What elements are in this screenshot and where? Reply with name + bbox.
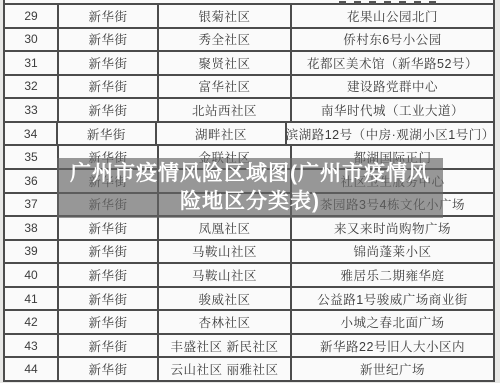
street-cell: 新华街: [59, 241, 159, 263]
table-row: 41 新华街 骏威社区 公益路1号骏威广场商业街: [5, 288, 493, 312]
row-number-cell: 31: [5, 52, 59, 74]
table-row-clipped: [5, 0, 493, 5]
street-cell: 新华街: [59, 217, 159, 239]
page: 29 新华街 银菊社区 花果山公园北门 30 新华街 秀全社区 侨村东6号小公园…: [0, 0, 500, 383]
street-cell: 新华街: [59, 358, 159, 380]
street-cell: 新华街: [59, 288, 159, 310]
location-cell: 锦尚蓬莱小区: [292, 241, 493, 263]
street-cell: 新华街: [59, 335, 159, 357]
location-cell: 新世纪广场: [292, 358, 493, 380]
location-cell: 建设路党群中心: [292, 76, 493, 98]
table-row: 42 新华街 杏林社区 小城之春北面广场: [5, 311, 493, 335]
community-cell: 云山社区 丽雅社区: [159, 358, 292, 380]
street-cell: 新华街: [59, 76, 159, 98]
table-row: 38 新华街 凤凰社区 来又来时尚购物广场: [5, 217, 493, 241]
street-cell: 新华街: [59, 29, 159, 51]
row-number-cell: 36: [5, 170, 59, 192]
location-cell: 雅居乐二期雍华庭: [292, 264, 493, 286]
table-row: 43 新华街 丰盛社区 新民社区 新华路22号旧人大小区内: [5, 335, 493, 359]
row-number-cell: 33: [5, 99, 59, 121]
location-cell: 公益路1号骏威广场商业街: [292, 288, 493, 310]
table-row: 29 新华街 银菊社区 花果山公园北门: [5, 5, 493, 29]
location-cell: 花果山公园北门: [292, 5, 493, 27]
community-cell: 凤凰社区: [159, 217, 292, 239]
community-cell: 骏威社区: [159, 288, 292, 310]
row-number-cell: 44: [5, 358, 59, 380]
location-cell: 侨村东6号小公园: [292, 29, 493, 51]
location-cell: 小城之春北面广场: [292, 311, 493, 333]
community-cell: 马鞍山社区: [159, 241, 292, 263]
community-cell: 北站西社区: [159, 99, 292, 121]
row-number-cell: 41: [5, 288, 59, 310]
community-cell: 聚贤社区: [159, 52, 292, 74]
row-number-cell: 29: [5, 5, 59, 27]
row-number-cell: 37: [5, 194, 59, 216]
clipped-text-fragment: [339, 1, 441, 4]
table-row: 33 新华街 北站西社区 南华时代城（工业大道）: [5, 99, 493, 123]
street-cell: 新华街: [58, 123, 156, 145]
community-cell: 湖畔社区: [157, 123, 288, 145]
table-row: 40 新华街 马鞍山社区 雅居乐二期雍华庭: [5, 264, 493, 288]
table-row: 32 新华街 富华社区 建设路党群中心: [5, 76, 493, 100]
row-number-cell: 32: [5, 76, 59, 98]
street-cell: 新华街: [59, 5, 159, 27]
community-cell: 银菊社区: [159, 5, 292, 27]
community-cell: 秀全社区: [159, 29, 292, 51]
community-cell: 马鞍山社区: [159, 264, 292, 286]
row-number-cell: 42: [5, 311, 59, 333]
table-row: 39 新华街 马鞍山社区 锦尚蓬莱小区: [5, 241, 493, 265]
community-cell: 丰盛社区 新民社区: [159, 335, 292, 357]
street-cell: 新华街: [59, 52, 159, 74]
location-cell: 花都区美术馆（新华路52号）: [292, 52, 493, 74]
row-number-cell: 30: [5, 29, 59, 51]
watermark-band: [57, 158, 443, 218]
row-number-cell: 34: [5, 123, 58, 145]
table-row: 44 新华街 云山社区 丽雅社区 新世纪广场: [5, 358, 493, 382]
row-number-cell: 40: [5, 264, 59, 286]
location-cell: 来又来时尚购物广场: [292, 217, 493, 239]
table-row: 30 新华街 秀全社区 侨村东6号小公园: [5, 29, 493, 53]
row-number-cell: 43: [5, 335, 59, 357]
community-cell: 杏林社区: [159, 311, 292, 333]
location-cell: 新华路22号旧人大小区内: [292, 335, 493, 357]
street-cell: 新华街: [59, 99, 159, 121]
community-cell: 富华社区: [159, 76, 292, 98]
street-cell: 新华街: [59, 264, 159, 286]
location-cell: 南华时代城（工业大道）: [292, 99, 493, 121]
table-row: 31 新华街 聚贤社区 花都区美术馆（新华路52号）: [5, 52, 493, 76]
row-number-cell: 35: [5, 146, 59, 168]
location-cell: 滨湖路12号（中房·观湖小区1号门）: [287, 123, 493, 145]
row-number-cell: 38: [5, 217, 59, 239]
table-row: 34 新华街 湖畔社区 滨湖路12号（中房·观湖小区1号门）: [5, 123, 493, 147]
street-cell: 新华街: [59, 311, 159, 333]
row-number-cell: 39: [5, 241, 59, 263]
